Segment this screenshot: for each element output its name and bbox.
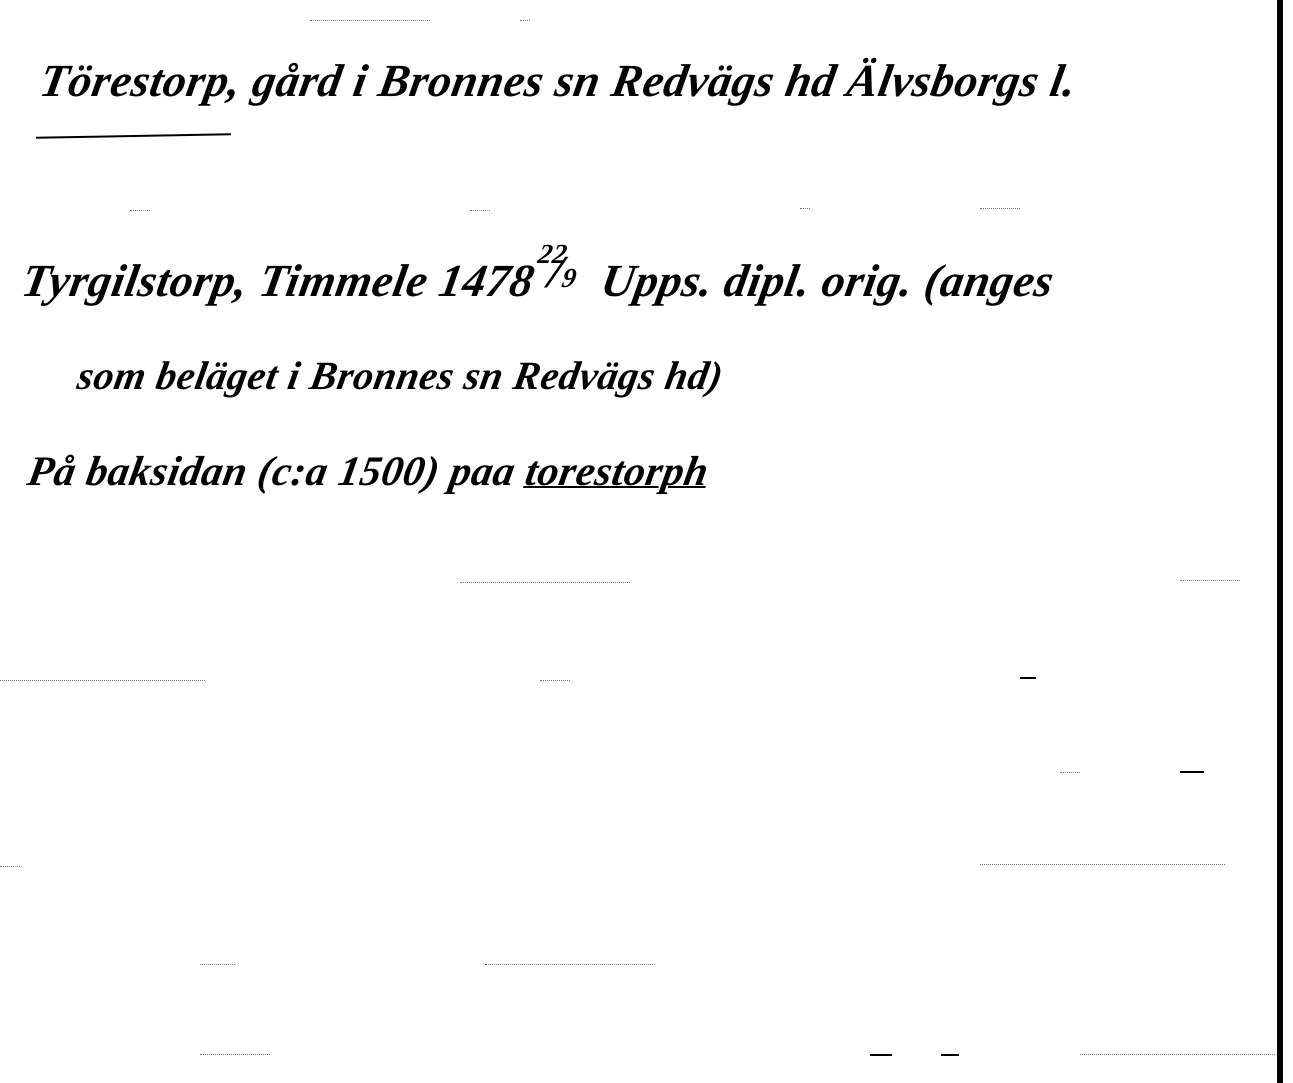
scan-noise — [470, 210, 490, 212]
entry-heading: Törestorp, gård i Bronnes sn Redvägs hd … — [36, 54, 1081, 107]
reverse-side-note: På baksidan (c:a 1500) paa torestorph — [24, 448, 712, 496]
historical-form: Tyrgilstorp, — [18, 255, 252, 306]
citation-continued: som beläget i Bronnes sn Redvägs hd) — [74, 352, 727, 399]
headword: Törestorp — [36, 55, 233, 106]
citation-line: Tyrgilstorp, Timmele 147822/9 Upps. dipl… — [18, 250, 1059, 307]
reverse-date: (c:a 1500) — [254, 449, 443, 495]
year: 1478 — [435, 255, 538, 306]
scan-noise — [0, 680, 205, 682]
scan-mark — [1180, 771, 1204, 773]
scan-noise — [130, 210, 150, 212]
scan-noise — [1060, 772, 1080, 774]
reverse-prefix: På baksidan — [24, 449, 251, 495]
reverse-form: torestorph — [522, 449, 712, 495]
note-start: (anges — [921, 255, 1058, 306]
scan-noise — [540, 680, 570, 682]
scan-noise — [460, 582, 630, 584]
scan-noise — [1080, 1054, 1275, 1056]
scan-noise — [520, 20, 530, 22]
scan-noise — [980, 864, 1225, 866]
scan-noise — [200, 1054, 270, 1056]
scan-mark — [941, 1054, 959, 1056]
scan-noise — [310, 20, 430, 22]
reverse-text: paa — [446, 449, 519, 495]
headword-underline — [36, 133, 231, 138]
heading-location: , gård i Bronnes sn Redvägs hd Älvsborgs… — [225, 55, 1081, 106]
source-reference: Upps. dipl. orig. — [597, 255, 917, 306]
card-edge-border — [1277, 0, 1283, 1083]
index-card: Törestorp, gård i Bronnes sn Redvägs hd … — [0, 0, 1293, 1083]
scan-noise — [800, 208, 810, 210]
scan-noise — [980, 208, 1020, 210]
scan-mark — [870, 1054, 892, 1056]
place-name: Timmele — [256, 255, 433, 306]
scan-noise — [485, 964, 655, 966]
date-fraction: 22/9 — [531, 250, 595, 296]
scan-noise — [0, 866, 20, 868]
scan-noise — [1180, 580, 1240, 582]
scan-noise — [200, 964, 235, 966]
scan-mark — [1020, 677, 1036, 679]
